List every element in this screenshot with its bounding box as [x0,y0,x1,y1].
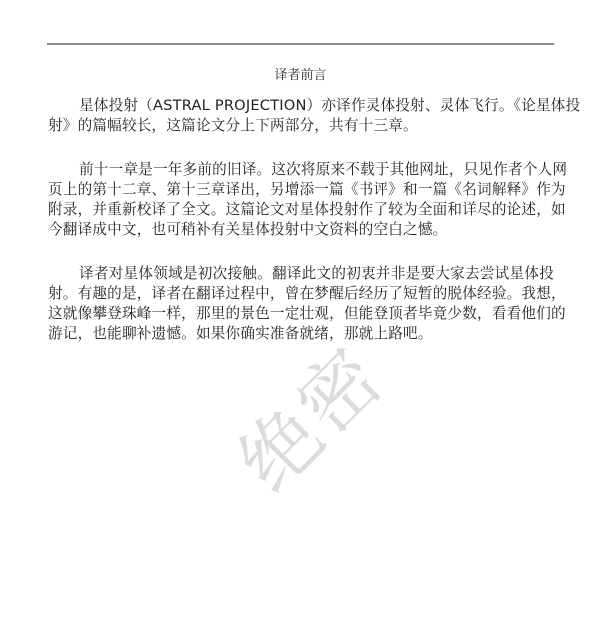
document-title: 译者前言 [0,66,601,86]
paragraph-line: 游记，也能聊补遗憾。如果你确实准备就绪，那就上路吧。 [48,324,554,344]
paragraph-line: 前十一章是一年多前的旧译。这次将原来不载于其他网址，只见作者个人网 [48,160,554,180]
paragraph-line: 附录，并重新校译了全文。这篇论文对星体投射作了较为全面和详尽的论述，如 [48,200,554,220]
paragraph-line: 这就像攀登珠峰一样，那里的景色一定壮观，但能登顶者毕竟少数，看看他们的 [48,304,554,324]
paragraph-line: 星体投射（ASTRAL PROJECTION）亦译作灵体投射、灵体飞行。《论星体… [48,96,554,116]
paragraph-3: 译者对星体领域是初次接触。翻译此文的初衷并非是要大家去尝试星体投 射。有趣的是，… [48,264,554,344]
paragraph-2: 前十一章是一年多前的旧译。这次将原来不载于其他网址，只见作者个人网 页上的第十二… [48,160,554,240]
paragraph-line: 今翻译成中文，也可稍补有关星体投射中文资料的空白之憾。 [48,220,554,240]
paragraph-line: 页上的第十二章、第十三章译出，另增添一篇《书评》和一篇《名词解释》作为 [48,180,554,200]
header-rule [47,43,554,45]
paragraph-line: 射。有趣的是，译者在翻译过程中，曾在梦醒后经历了短暂的脱体经验。我想， [48,284,554,304]
document-page: 译者前言 星体投射（ASTRAL PROJECTION）亦译作灵体投射、灵体飞行… [0,0,601,620]
document-body: 星体投射（ASTRAL PROJECTION）亦译作灵体投射、灵体飞行。《论星体… [48,96,554,368]
paragraph-1: 星体投射（ASTRAL PROJECTION）亦译作灵体投射、灵体飞行。《论星体… [48,96,554,136]
paragraph-line: 射》的篇幅较长，这篇论文分上下两部分，共有十三章。 [48,116,554,136]
paragraph-line: 译者对星体领域是初次接触。翻译此文的初衷并非是要大家去尝试星体投 [48,264,554,284]
